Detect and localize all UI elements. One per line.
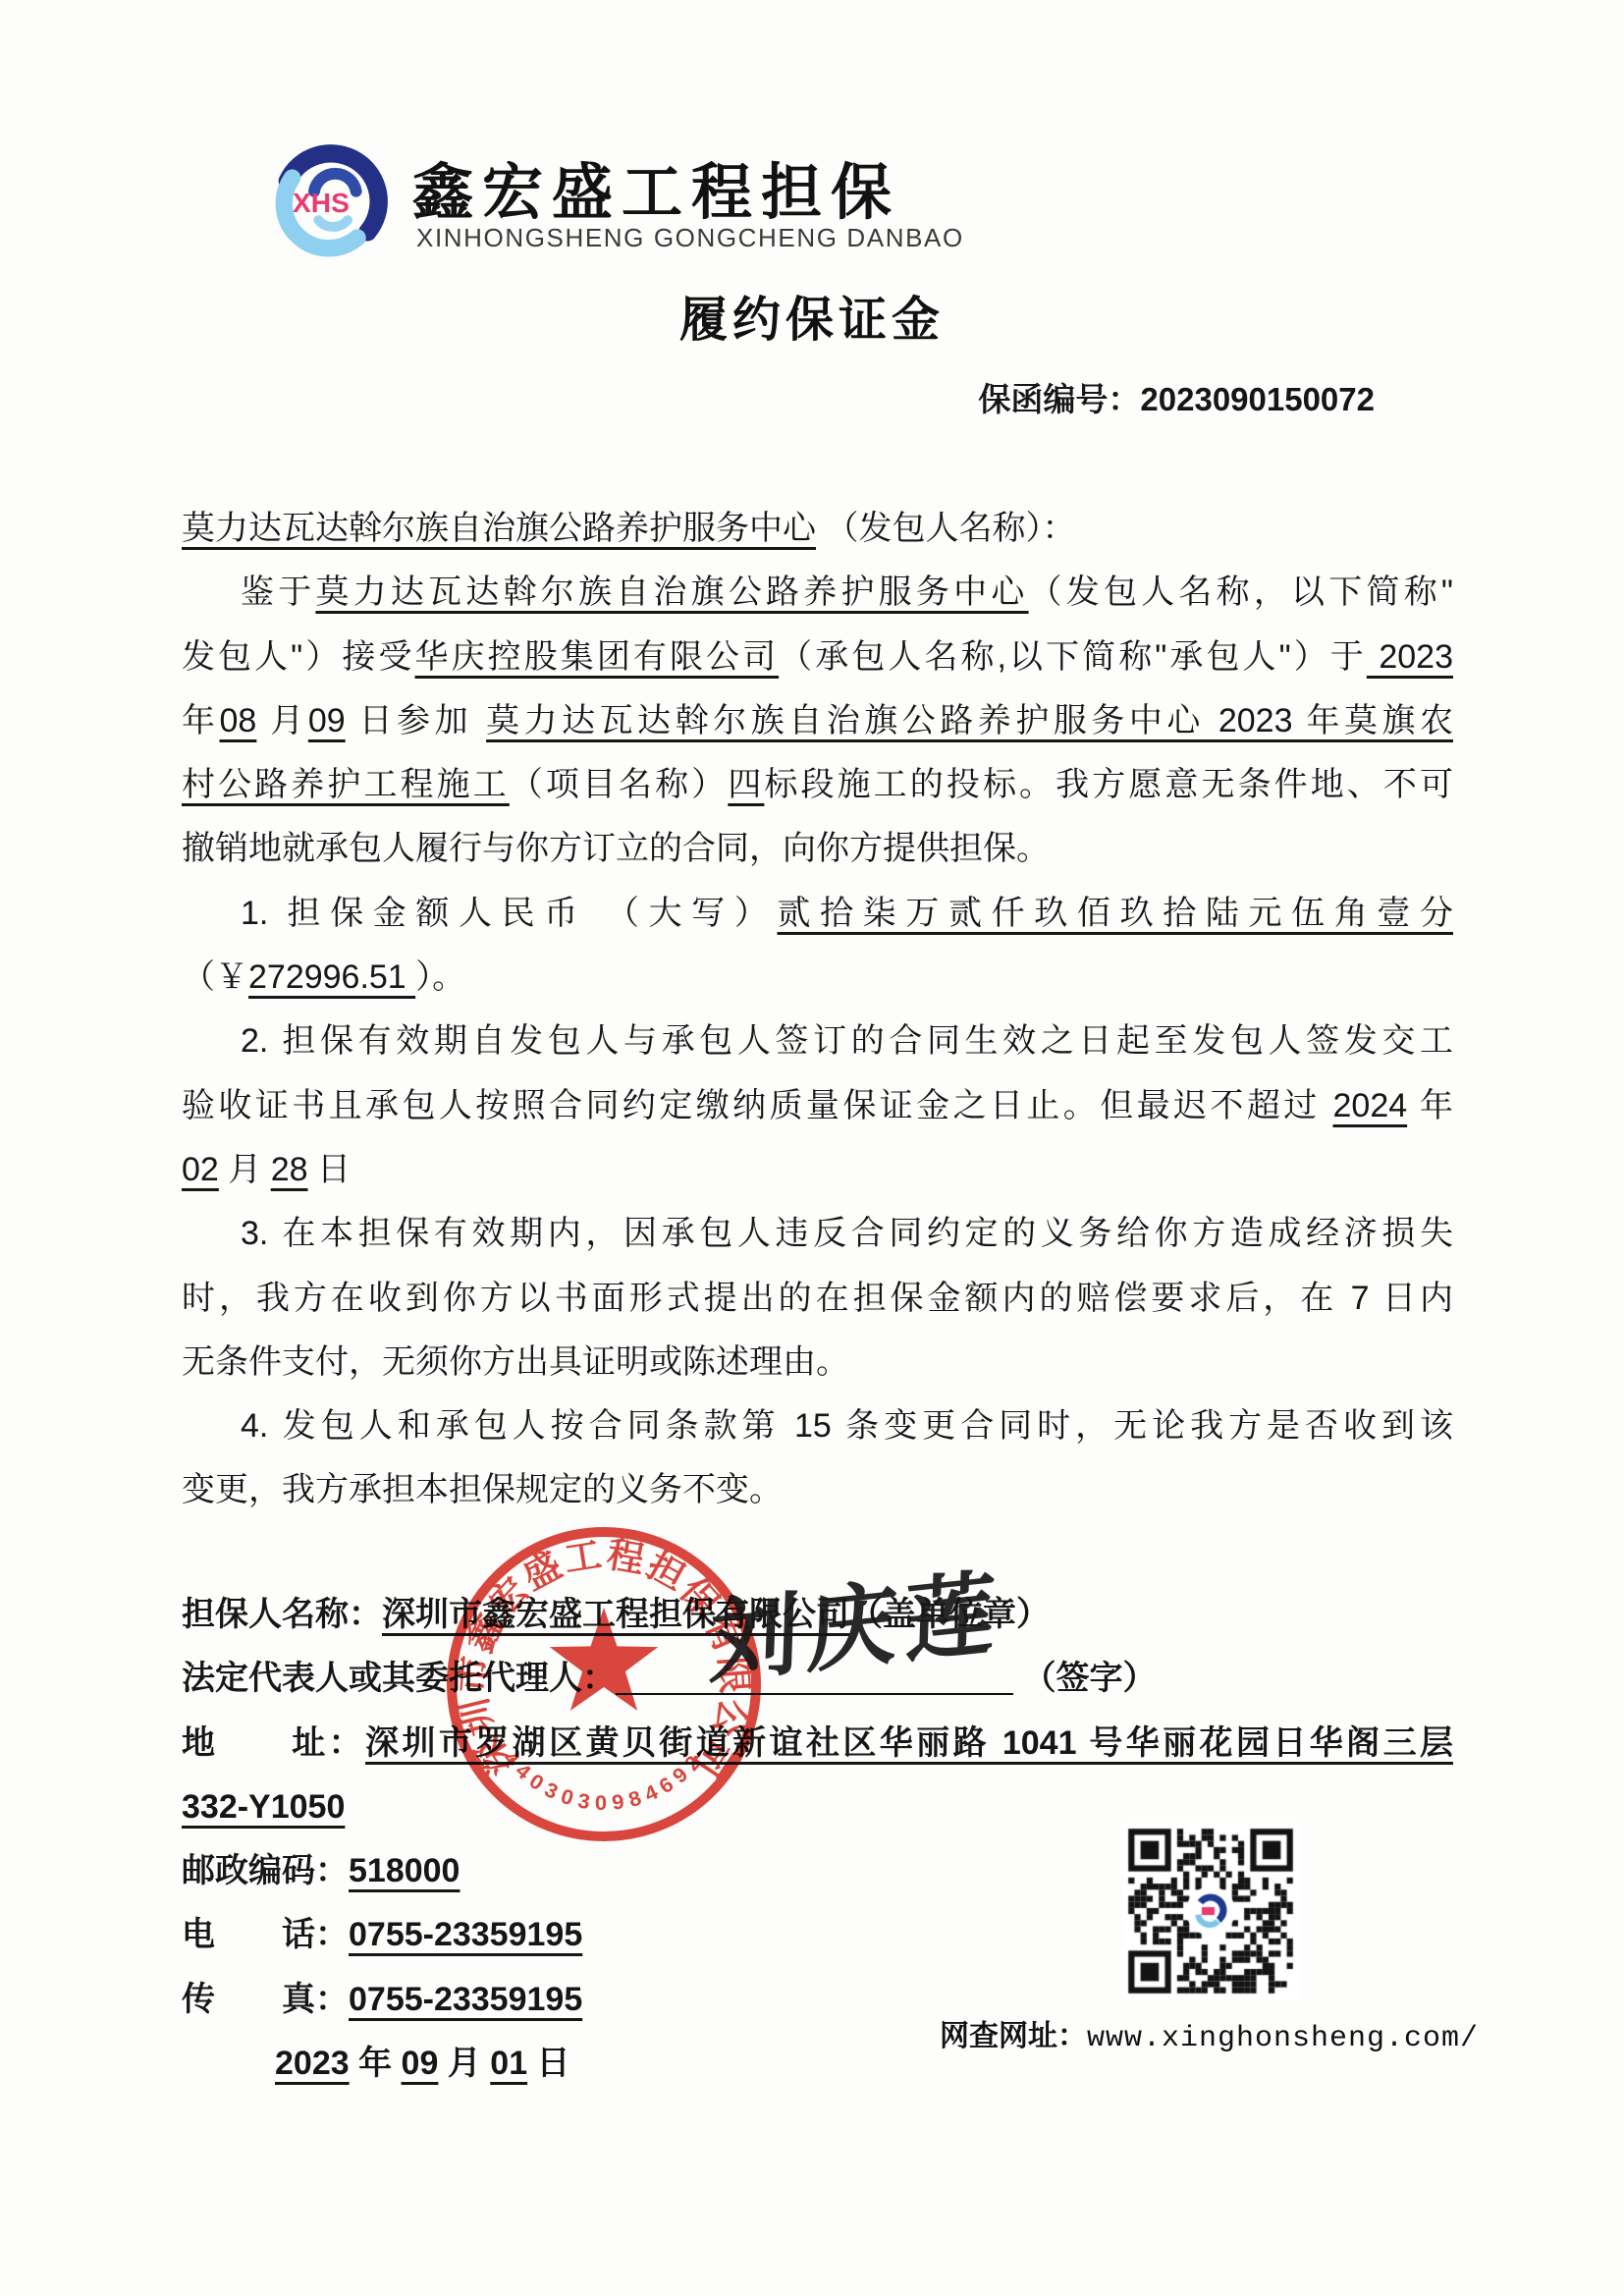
filled-field: 01 <box>490 2045 527 2082</box>
text-run: 发包人"）接受 <box>182 638 415 676</box>
text-run: 撤销地就承包人履行与你方订立的合同，向你方提供担保。 <box>182 830 1050 867</box>
text-run: 电 话： <box>182 1916 349 1953</box>
text-line: 1. 担保金额人民币 （大写）贰拾柒万贰仟玖佰玖拾陆元伍角壹分 <box>182 882 1453 946</box>
text-line: 撤销地就承包人履行与你方订立的合同，向你方提供担保。 <box>182 817 1453 881</box>
text-run: 地 址： <box>182 1724 365 1762</box>
qr-code <box>1122 1823 1299 1999</box>
filled-field: 332-Y1050 <box>182 1788 345 1826</box>
text-run: 担保人名称： <box>182 1596 382 1633</box>
text-run: 年 <box>350 2045 402 2082</box>
text-run: 鉴于 <box>241 574 315 611</box>
text-run: （￥ <box>182 958 248 996</box>
text-line: 发包人"）接受华庆控股集团有限公司（承包人名称,以下简称"承包人"）于 2023 <box>182 626 1453 689</box>
text-line: 年08 月09 日参加 莫力达瓦达斡尔族自治旗公路养护服务中心 2023 年莫旗… <box>182 689 1453 753</box>
text-line: （￥272996.51 ）。 <box>182 946 1453 1010</box>
text-run: 日 <box>308 1151 351 1188</box>
company-name-pinyin: XINHONGSHENG GONGCHENG DANBAO <box>416 223 964 253</box>
text-run: （签字） <box>1013 1660 1156 1697</box>
text-run: （承包人名称,以下简称"承包人"）于 <box>779 638 1367 676</box>
filled-field: 2024 <box>1333 1087 1408 1124</box>
text-line: 4. 发包人和承包人按合同条款第 15 条变更合同时，无论我方是否收到该 <box>182 1394 1453 1458</box>
filled-field: 09 <box>402 2045 439 2082</box>
filled-field: 莫力达瓦达斡尔族自治旗公路养护服务中心 <box>182 510 816 547</box>
qr-caption-label: 网查网址： <box>940 2020 1087 2052</box>
text-run: 4. 发包人和承包人按合同条款第 15 条变更合同时，无论我方是否收到该 <box>241 1407 1453 1445</box>
text-line: 无条件支付，无须你方出具证明或陈述理由。 <box>182 1331 1453 1394</box>
scanned-document-page: XHS 鑫宏盛工程担保 XINHONGSHENG GONGCHENG DANBA… <box>0 0 1624 2296</box>
logo-acronym-text: XHS <box>293 188 350 218</box>
text-run: 日参加 <box>346 702 486 739</box>
body-text: 莫力达瓦达斡尔族自治旗公路养护服务中心 （发包人名称）：鉴于莫力达瓦达斡尔族自治… <box>182 497 1453 1523</box>
text-run: 无条件支付，无须你方出具证明或陈述理由。 <box>182 1343 849 1381</box>
filled-field: 莫力达瓦达斡尔族自治旗公路养护服务中心 <box>315 574 1028 611</box>
guarantee-ref-label: 保函编号： <box>978 381 1140 417</box>
filled-field: 村公路养护工程施工 <box>182 766 510 803</box>
filled-field: 0755-23359195 <box>349 1916 582 1953</box>
text-run: 标段施工的投标。我方愿意无条件地、不可 <box>764 766 1453 803</box>
filled-field: 华庆控股集团有限公司 <box>415 638 780 676</box>
text-run: 传 真： <box>182 1981 349 2018</box>
text-run: 3. 在本担保有效期内，因承包人违反合同约定的义务给你方造成经济损失 <box>241 1215 1453 1252</box>
filled-field: 08 <box>220 702 257 739</box>
text-run: 1. 担保金额人民币 （大写） <box>241 895 778 932</box>
text-run: 2. 担保有效期自发包人与承包人签订的合同生效之日起至发包人签发交工 <box>241 1022 1453 1060</box>
qr-caption-url: www.xinghonsheng.com/ <box>1087 2022 1479 2055</box>
text-run: 月 <box>256 702 307 739</box>
text-run: （发包人名称）： <box>816 510 1075 547</box>
text-run: 年 <box>1407 1087 1453 1124</box>
filled-field: 莫力达瓦达斡尔族自治旗公路养护服务中心 2023 年莫旗农 <box>486 702 1453 739</box>
text-line: 2. 担保有效期自发包人与承包人签订的合同生效之日起至发包人签发交工 <box>182 1010 1453 1073</box>
filled-field: 四 <box>728 766 764 803</box>
text-line: 02 月 28 日 <box>182 1138 1453 1202</box>
text-line: 鉴于莫力达瓦达斡尔族自治旗公路养护服务中心（发包人名称，以下简称" <box>182 561 1453 625</box>
text-run: 年 <box>182 702 220 739</box>
text-run: 时，我方在收到你方以书面形式提出的在担保金额内的赔偿要求后，在 7 日内 <box>182 1280 1453 1317</box>
company-logo-icon: XHS <box>267 134 395 269</box>
text-line: 地 址：深圳市罗湖区黄贝街道新谊社区华丽路 1041 号华丽花园日华阁三层 <box>182 1712 1453 1776</box>
text-line: 验收证书且承包人按照合同约定缴纳质量保证金之日止。但最迟不超过 2024 年 <box>182 1074 1453 1138</box>
text-line: 变更，我方承担本担保规定的义务不变。 <box>182 1458 1453 1522</box>
text-line: 莫力达瓦达斡尔族自治旗公路养护服务中心 （发包人名称）： <box>182 497 1453 561</box>
page-title: 履约保证金 <box>0 282 1624 351</box>
text-run: 变更，我方承担本担保规定的义务不变。 <box>182 1471 783 1508</box>
text-run: 月 <box>219 1151 271 1188</box>
text-line: 村公路养护工程施工（项目名称）四标段施工的投标。我方愿意无条件地、不可 <box>182 753 1453 817</box>
text-run: ）。 <box>415 958 465 996</box>
text-run: （项目名称） <box>510 766 729 803</box>
company-name-cn: 鑫宏盛工程担保 <box>412 143 900 231</box>
filled-field: 0755-23359195 <box>349 1981 582 2018</box>
guarantee-ref-line: 保函编号：2023090150072 <box>978 374 1375 420</box>
guarantee-ref-number: 2023090150072 <box>1140 381 1375 417</box>
filled-field: 2023 <box>1367 638 1453 676</box>
filled-field: 272996.51 <box>248 958 415 996</box>
text-run: 验收证书且承包人按照合同约定缴纳质量保证金之日止。但最迟不超过 <box>182 1087 1333 1124</box>
filled-field: 2023 <box>275 2045 350 2082</box>
text-run: （发包人名称，以下简称" <box>1029 574 1453 611</box>
text-line: 时，我方在收到你方以书面形式提出的在担保金额内的赔偿要求后，在 7 日内 <box>182 1267 1453 1331</box>
filled-field: 02 <box>182 1151 219 1188</box>
filled-field: 贰拾柒万贰仟玖佰玖拾陆元伍角壹分 <box>778 895 1454 932</box>
seal-code-arc-text: 4403030984692 <box>499 1747 710 1815</box>
text-line: 3. 在本担保有效期内，因承包人违反合同约定的义务给你方造成经济损失 <box>182 1202 1453 1266</box>
text-run: 月 <box>438 2045 490 2082</box>
text-run: 日 <box>527 2045 569 2082</box>
filled-field: 09 <box>308 702 346 739</box>
qr-caption: 网查网址：www.xinghonsheng.com/ <box>940 2011 1479 2055</box>
text-run: 邮政编码： <box>182 1852 349 1889</box>
seal-star <box>550 1608 658 1711</box>
filled-field: 28 <box>271 1151 308 1188</box>
